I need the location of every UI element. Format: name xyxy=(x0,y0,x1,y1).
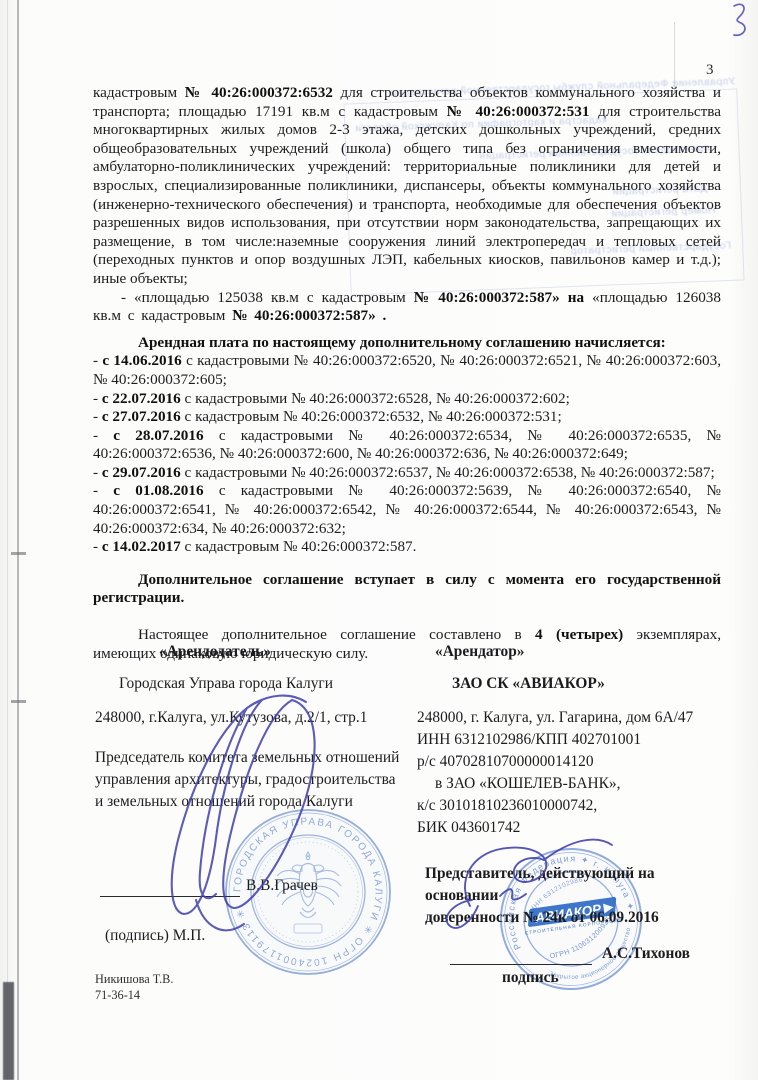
staple-mark-1 xyxy=(11,552,26,555)
handwritten-page-number xyxy=(720,0,754,38)
rent-heading: Арендная плата по настоящему дополнитель… xyxy=(93,334,721,353)
rent-item-7: - с 14.02.2017 с кадастровым № 40:26:000… xyxy=(93,538,721,557)
tenant-signer-name: А.С.Тихонов xyxy=(602,943,690,965)
lessor-signature-line xyxy=(100,880,240,897)
executor-name: Никишова Т.В. xyxy=(95,971,411,987)
lessor-position: Председатель комитета земельных отношени… xyxy=(95,747,411,813)
tenant-sign-note: подпись xyxy=(417,967,721,989)
tenant-bank: в ЗАО «КОШЕЛЕВ-БАНК», xyxy=(417,773,721,795)
tenant-representative: Представитель, действующий на основании … xyxy=(417,863,721,929)
scanned-document-page: Управление Федеральной службы государств… xyxy=(0,0,758,1080)
staple-mark-2 xyxy=(11,700,26,703)
scan-left-edge-line-2 xyxy=(7,0,8,1080)
tenant-bik: БИК 043601742 xyxy=(417,817,721,839)
lessor-position-line: Председатель комитета земельных отношени… xyxy=(95,747,411,769)
lessor-sign-note: (подпись) М.П. xyxy=(95,925,411,947)
entry-into-force-paragraph: Дополнительное соглашение вступает в сил… xyxy=(93,571,721,608)
tenant-signature-line xyxy=(450,948,592,965)
executor-phone: 71-36-14 xyxy=(95,987,411,1003)
representative-line-2: доверенности № 24к от 06.09.2016 xyxy=(425,907,721,929)
scan-left-edge-shadow xyxy=(3,982,14,1080)
lessor-org-name: Городская Управа города Калуги xyxy=(95,673,411,695)
lessor-signature-row: В.В.Грачев xyxy=(100,875,411,897)
tenant-header: «Арендатор» xyxy=(417,641,721,663)
tenant-org-name: ЗАО СК «АВИАКОР» xyxy=(417,673,721,695)
lessor-position-line: управления архитектуры, градостроительст… xyxy=(95,769,411,791)
scan-left-edge-line xyxy=(17,0,19,1080)
area-change-paragraph: - «площадью 125038 кв.м с кадастровым № … xyxy=(93,289,721,326)
rent-item-3: - с 27.07.2016 с кадастровым № 40:26:000… xyxy=(93,408,721,427)
page-number: 3 xyxy=(706,62,714,79)
tenant-account: р/с 40702810700000014120 xyxy=(417,751,721,773)
representative-line-1: Представитель, действующий на основании xyxy=(425,863,721,907)
lessor-column: «Арендодатель» Городская Управа города К… xyxy=(95,636,411,1003)
signature-columns: «Арендодатель» Городская Управа города К… xyxy=(95,636,721,1003)
tenant-signature-row: А.С.Тихонов xyxy=(450,943,721,965)
rent-item-4: - с 28.07.2016 с кадастровыми № 40:26:00… xyxy=(93,427,721,464)
lessor-header: «Арендодатель» xyxy=(95,641,335,663)
executor-contact: Никишова Т.В. 71-36-14 xyxy=(95,971,411,1003)
rent-item-5: - с 29.07.2016 с кадастровыми № 40:26:00… xyxy=(93,464,721,483)
lessor-signer-name: В.В.Грачев xyxy=(246,875,318,897)
rent-item-2: - с 22.07.2016 с кадастровыми № 40:26:00… xyxy=(93,390,721,409)
rent-item-1: - с 14.06.2016 с кадастровыми № 40:26:00… xyxy=(93,352,721,389)
lessor-address: 248000, г.Калуга, ул.Кутузова, д.2/1, ст… xyxy=(95,707,411,729)
rent-item-6: - с 01.08.2016 с кадастровыми № 40:26:00… xyxy=(93,482,721,538)
tenant-column: «Арендатор» ЗАО СК «АВИАКОР» 248000, г. … xyxy=(417,636,721,1003)
continuation-paragraph: кадастровым № 40:26:000372:6532 для стро… xyxy=(93,84,721,289)
document-body: кадастровым № 40:26:000372:6532 для стро… xyxy=(93,84,721,663)
lessor-position-line: и земельных отношений города Калуги xyxy=(95,791,411,813)
tenant-inn-kpp: ИНН 6312102986/КПП 402701001 xyxy=(417,729,721,751)
tenant-corr-account: к/с 30101810236010000742, xyxy=(417,795,721,817)
tenant-address: 248000, г. Калуга, ул. Гагарина, дом 6А/… xyxy=(417,707,721,729)
